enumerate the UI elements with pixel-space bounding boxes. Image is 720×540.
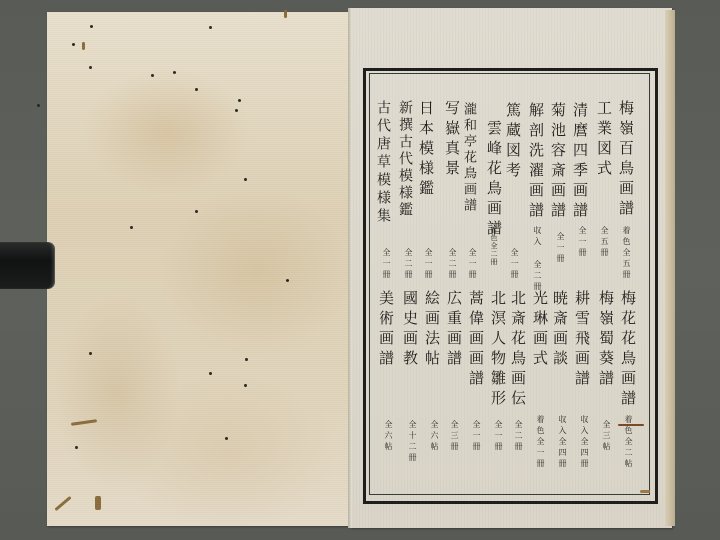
catalog-title: 雲峰花鳥画譜 <box>486 120 501 240</box>
catalog-note: 全三帖 <box>602 420 610 453</box>
catalog-title: 梅嶺百鳥画譜 <box>618 100 633 220</box>
wormhole <box>90 25 93 28</box>
catalog-note: 着色全二冊 <box>490 226 497 266</box>
stain-mark <box>640 490 650 493</box>
catalog-title: 絵画法帖 <box>424 290 439 370</box>
catalog-title: 新撰古代模様鑑 <box>398 100 412 219</box>
catalog-title: 梅嶺蜀葵譜 <box>598 290 613 390</box>
catalog-note: 全十二冊 <box>408 420 416 464</box>
catalog-note: 全一冊 <box>382 248 390 281</box>
wormhole <box>130 226 133 229</box>
catalog-title: 蒿偉画画譜 <box>468 290 483 390</box>
catalog-note: 収入全四冊 <box>580 415 588 470</box>
wormhole <box>244 384 247 387</box>
wormhole <box>225 437 228 440</box>
wormhole <box>238 99 241 102</box>
stain-mark <box>618 424 644 426</box>
catalog-title: 梅花花鳥画譜 <box>620 290 635 410</box>
catalog-title: 美術画譜 <box>378 290 393 370</box>
wormhole <box>286 279 289 282</box>
catalog-note: 全一冊 <box>494 420 502 453</box>
wormhole <box>72 43 75 46</box>
catalog-note: 全二冊 <box>448 248 456 281</box>
catalog-note: 全六帖 <box>384 420 392 453</box>
page-edge <box>665 10 675 526</box>
catalog-note: 全三冊 <box>450 420 458 453</box>
wormhole <box>244 178 247 181</box>
catalog-title: 瀧和亭花鳥画譜 <box>462 102 475 214</box>
catalog-note: 収入全四冊 <box>558 415 566 470</box>
catalog-note: 全一冊 <box>472 420 480 453</box>
catalog-note: 全一冊 <box>556 232 564 265</box>
wormhole <box>173 71 176 74</box>
catalog-title: 清麿四季画譜 <box>572 102 587 222</box>
binder-clip <box>0 242 54 289</box>
wormhole <box>245 358 248 361</box>
stain-mark <box>54 496 71 511</box>
wormhole <box>195 210 198 213</box>
wormhole <box>195 88 198 91</box>
catalog-title: 國史画教 <box>402 290 417 370</box>
catalog-title: 篤蔵図考 <box>505 102 520 182</box>
catalog-note: 全六帖 <box>430 420 438 453</box>
catalog-note: 全一冊 <box>468 248 476 281</box>
catalog-note: 収入 全二冊 <box>533 226 541 293</box>
stain-mark <box>284 10 287 18</box>
catalog-note: 全一冊 <box>424 248 432 281</box>
catalog-title: 北溟人物雛形 <box>490 290 505 410</box>
wormhole <box>89 66 92 69</box>
catalog-title: 暁斎画談 <box>552 290 567 370</box>
catalog-note: 全一冊 <box>578 226 586 259</box>
catalog-note: 全五冊 <box>600 226 608 259</box>
catalog-note: 全二冊 <box>514 420 522 453</box>
catalog-title: 菊池容斎画譜 <box>550 102 565 222</box>
catalog-note: 着色全一冊 <box>536 415 544 470</box>
book-gutter <box>348 8 352 528</box>
wormhole <box>89 352 92 355</box>
catalog-title: 広重画譜 <box>446 290 461 370</box>
catalog-note: 着色全五冊 <box>622 226 630 281</box>
catalog-note: 全一冊 <box>510 248 518 281</box>
catalog-title: 工業図式 <box>596 100 611 180</box>
catalog-title: 解剖洗濯画譜 <box>528 102 543 222</box>
wormhole <box>151 74 154 77</box>
stain-mark <box>71 419 97 426</box>
catalog-title: 日本模様鑑 <box>418 100 433 200</box>
catalog-note: 全二冊 <box>404 248 412 281</box>
wormhole <box>209 26 212 29</box>
wormhole <box>75 446 78 449</box>
left-page <box>47 12 351 526</box>
catalog-title: 北斎花鳥画伝 <box>510 290 525 410</box>
stain-mark <box>95 496 101 510</box>
wormhole <box>209 372 212 375</box>
wormhole <box>37 104 40 107</box>
wormhole <box>235 109 238 112</box>
catalog-title: 古代唐草模様集 <box>376 100 390 226</box>
catalog-title: 写嶽真景 <box>444 100 459 180</box>
catalog-title: 光琳画式 <box>532 290 547 370</box>
stain-mark <box>82 42 85 50</box>
catalog-title: 耕雪飛画譜 <box>574 290 589 390</box>
